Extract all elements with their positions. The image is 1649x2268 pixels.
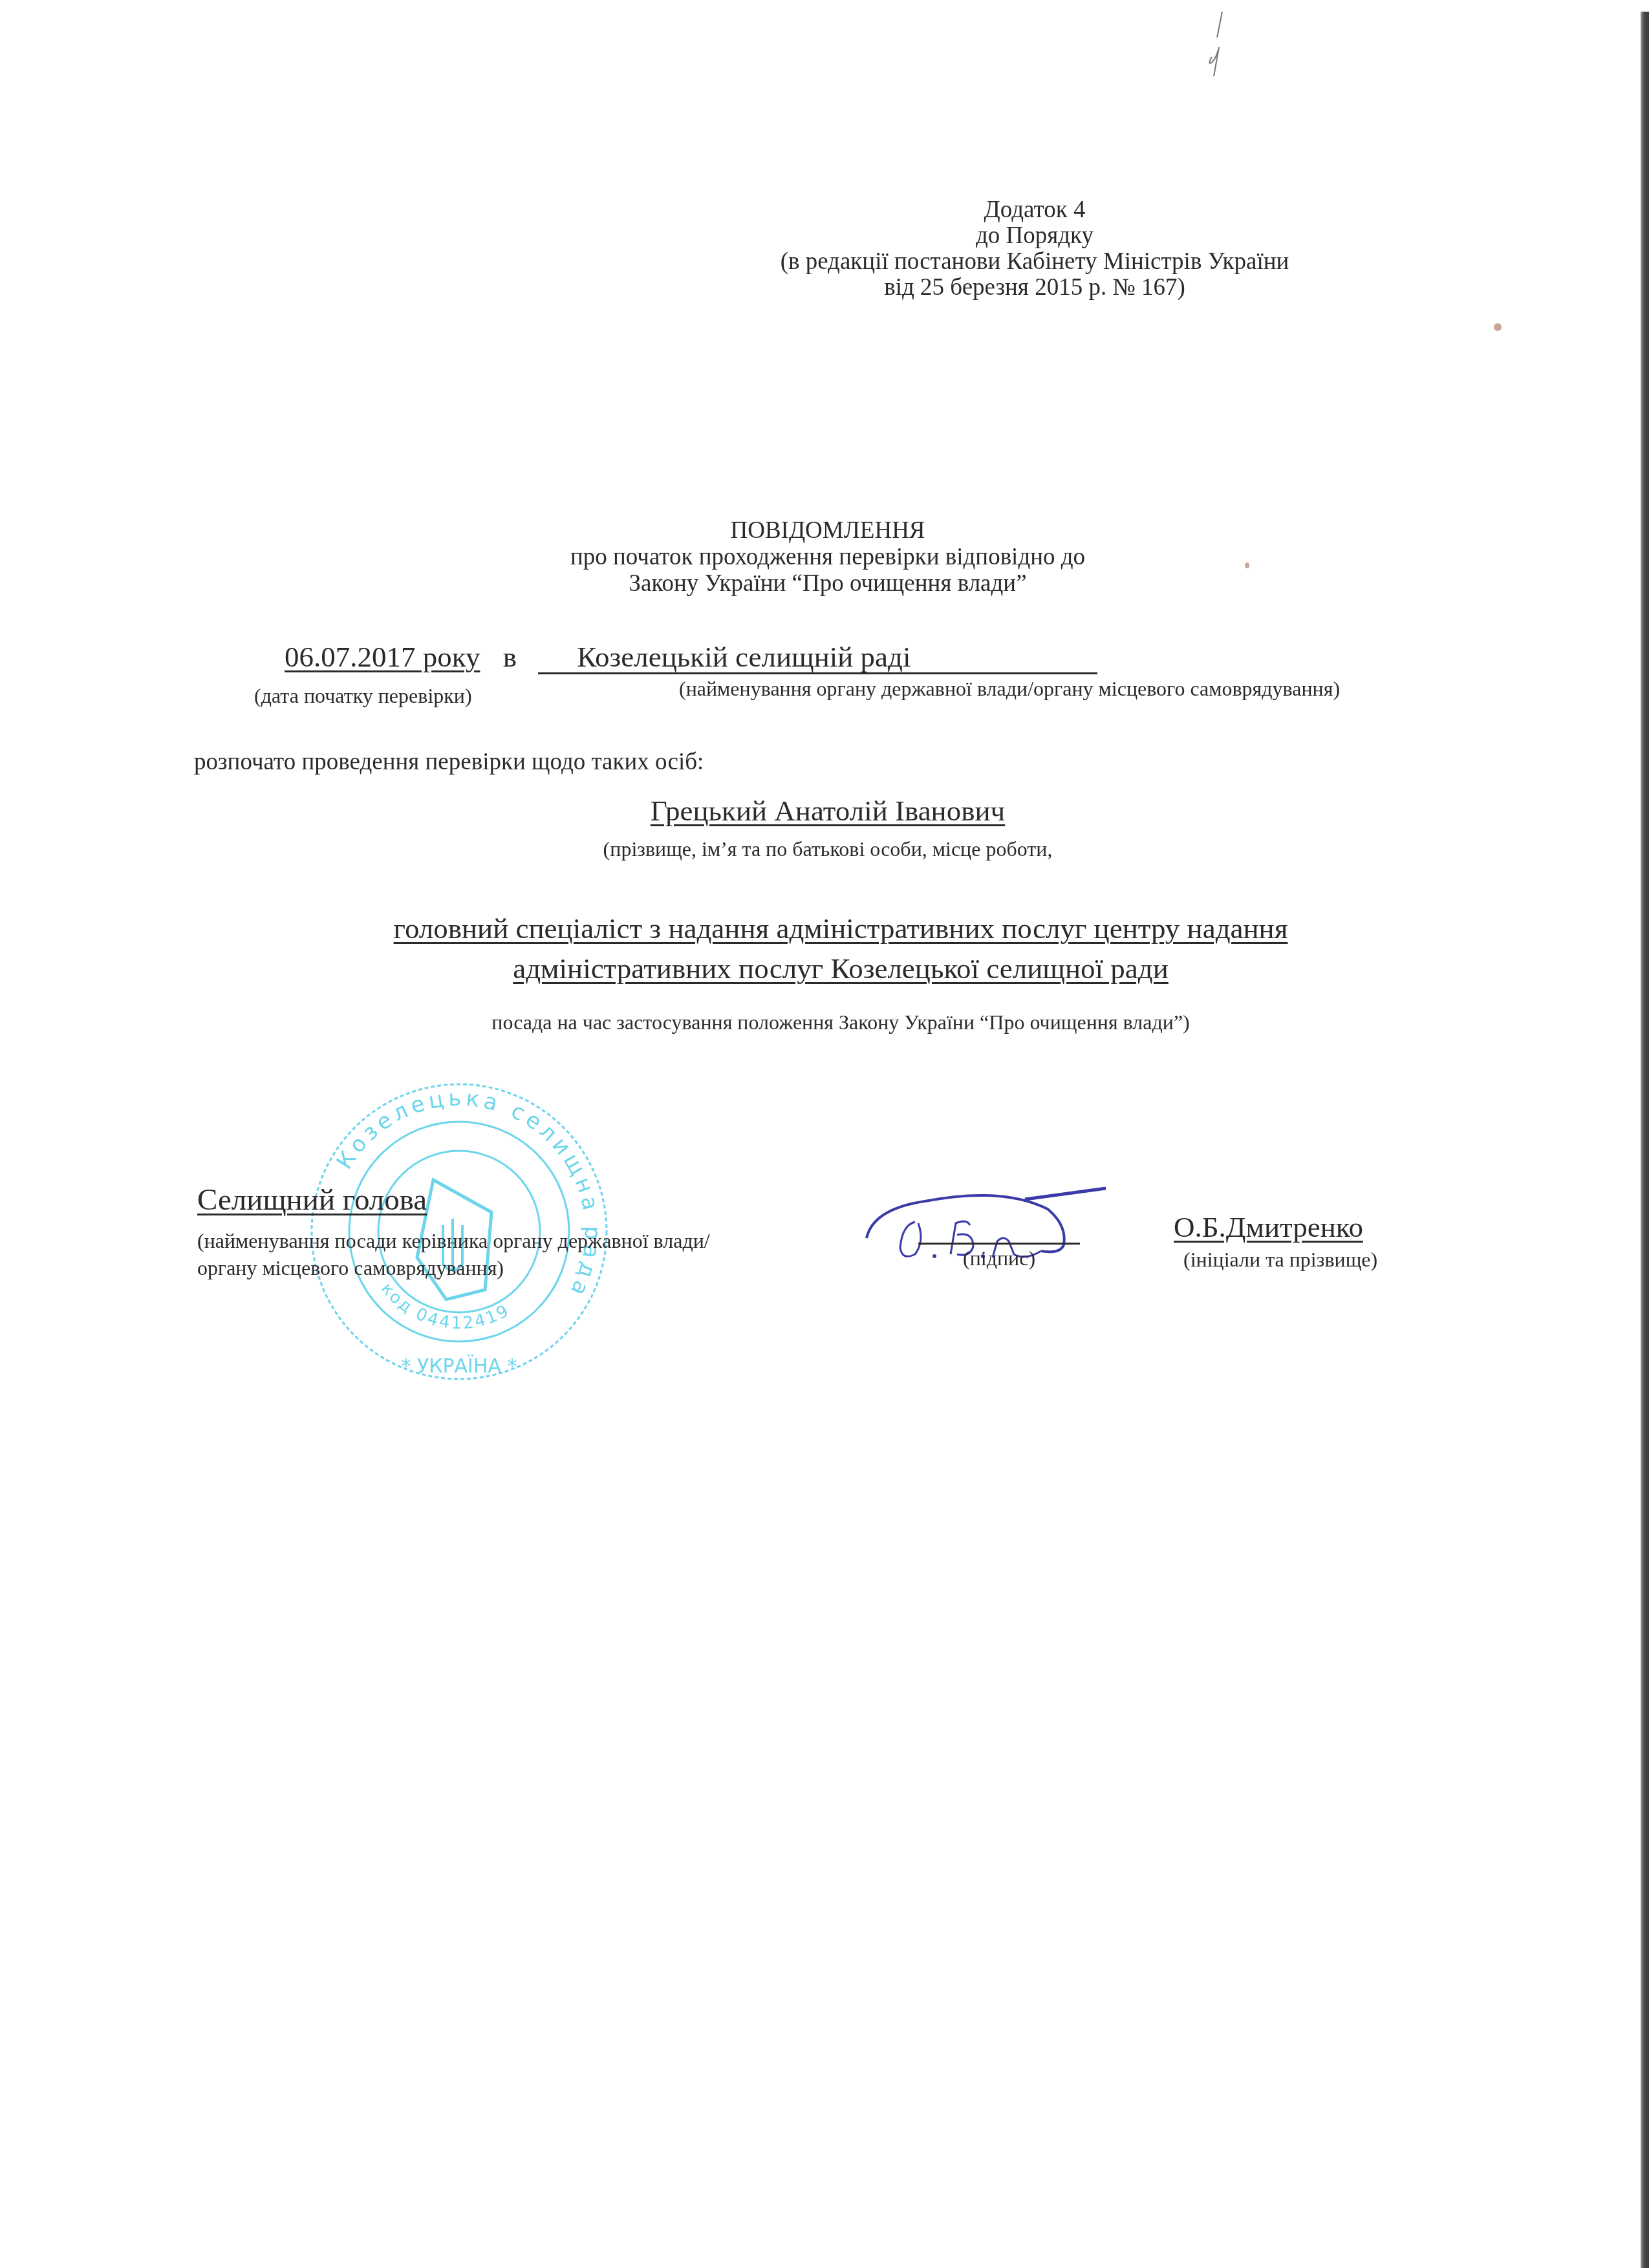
- person-full-name: Грецький Анатолій Іванович: [651, 795, 1005, 827]
- notice-subtitle-2: Закону України “Про очищення влади”: [453, 570, 1203, 597]
- person-position: головний спеціаліст з надання адміністра…: [226, 908, 1455, 989]
- person-name-row: Грецький Анатолій Іванович: [181, 794, 1474, 828]
- appendix-resolution-date: від 25 березня 2015 р. № 167): [679, 275, 1390, 301]
- signatory-title-caption: (найменування посади керівника органу де…: [197, 1227, 710, 1281]
- appendix-number: Додаток 4: [679, 197, 1390, 223]
- position-line-2: адміністративних послуг Козелецької сели…: [513, 952, 1169, 985]
- signer-name: О.Б.Дмитренко: [1174, 1211, 1363, 1243]
- signatory-caption-line-2: органу місцевого самоврядування): [197, 1254, 710, 1281]
- organ-name: Козелецькій селищній раді: [538, 641, 1097, 674]
- scan-speck: [1245, 562, 1249, 568]
- position-line-1: головний спеціаліст з надання адміністра…: [394, 912, 1288, 945]
- notice-title: ПОВІДОМЛЕННЯ про початок проходження пер…: [453, 517, 1203, 597]
- date-caption: (дата початку перевірки): [254, 684, 472, 708]
- intro-text: розпочато проведення перевірки щодо таки…: [194, 748, 704, 776]
- notice-heading: ПОВІДОМЛЕННЯ: [453, 517, 1203, 544]
- scan-edge-shadow: [1641, 12, 1649, 2268]
- appendix-header: Додаток 4 до Порядку (в редакції постано…: [679, 197, 1390, 301]
- check-start-line: 06.07.2017 року в Козелецькій селищній р…: [285, 640, 1097, 674]
- signer-name-row: О.Б.Дмитренко: [1174, 1210, 1363, 1244]
- signatory-title-row: Селищний голова: [197, 1182, 427, 1217]
- stamp-country-text: * УКРАЇНА *: [401, 1354, 517, 1378]
- appendix-edition: (в редакції постанови Кабінету Міністрів…: [679, 249, 1390, 275]
- organ-caption: (найменування органу державної влади/орг…: [679, 677, 1340, 701]
- signatory-title: Селищний голова: [197, 1183, 427, 1217]
- signer-name-caption: (ініціали та прізвище): [1183, 1248, 1377, 1272]
- scan-speck: [1494, 323, 1502, 331]
- appendix-to-order: до Порядку: [679, 223, 1390, 249]
- position-caption: посада на час застосування положення Зак…: [226, 1011, 1455, 1034]
- signatory-caption-line-1: (найменування посади керівника органу де…: [197, 1227, 710, 1254]
- preposition-in: в: [503, 640, 517, 674]
- stamp-code-text: код 04412419: [377, 1279, 513, 1333]
- signature-line: [918, 1243, 1080, 1245]
- person-name-caption: (прізвище, ім’я та по батькові особи, мі…: [181, 837, 1474, 861]
- check-start-date: 06.07.2017 року: [285, 640, 480, 674]
- signature-caption: (підпис): [899, 1246, 1099, 1270]
- handwritten-page-number: [1203, 12, 1242, 76]
- notice-subtitle-1: про початок проходження перевірки відпов…: [453, 544, 1203, 570]
- svg-text:код 04412419: код 04412419: [377, 1279, 513, 1333]
